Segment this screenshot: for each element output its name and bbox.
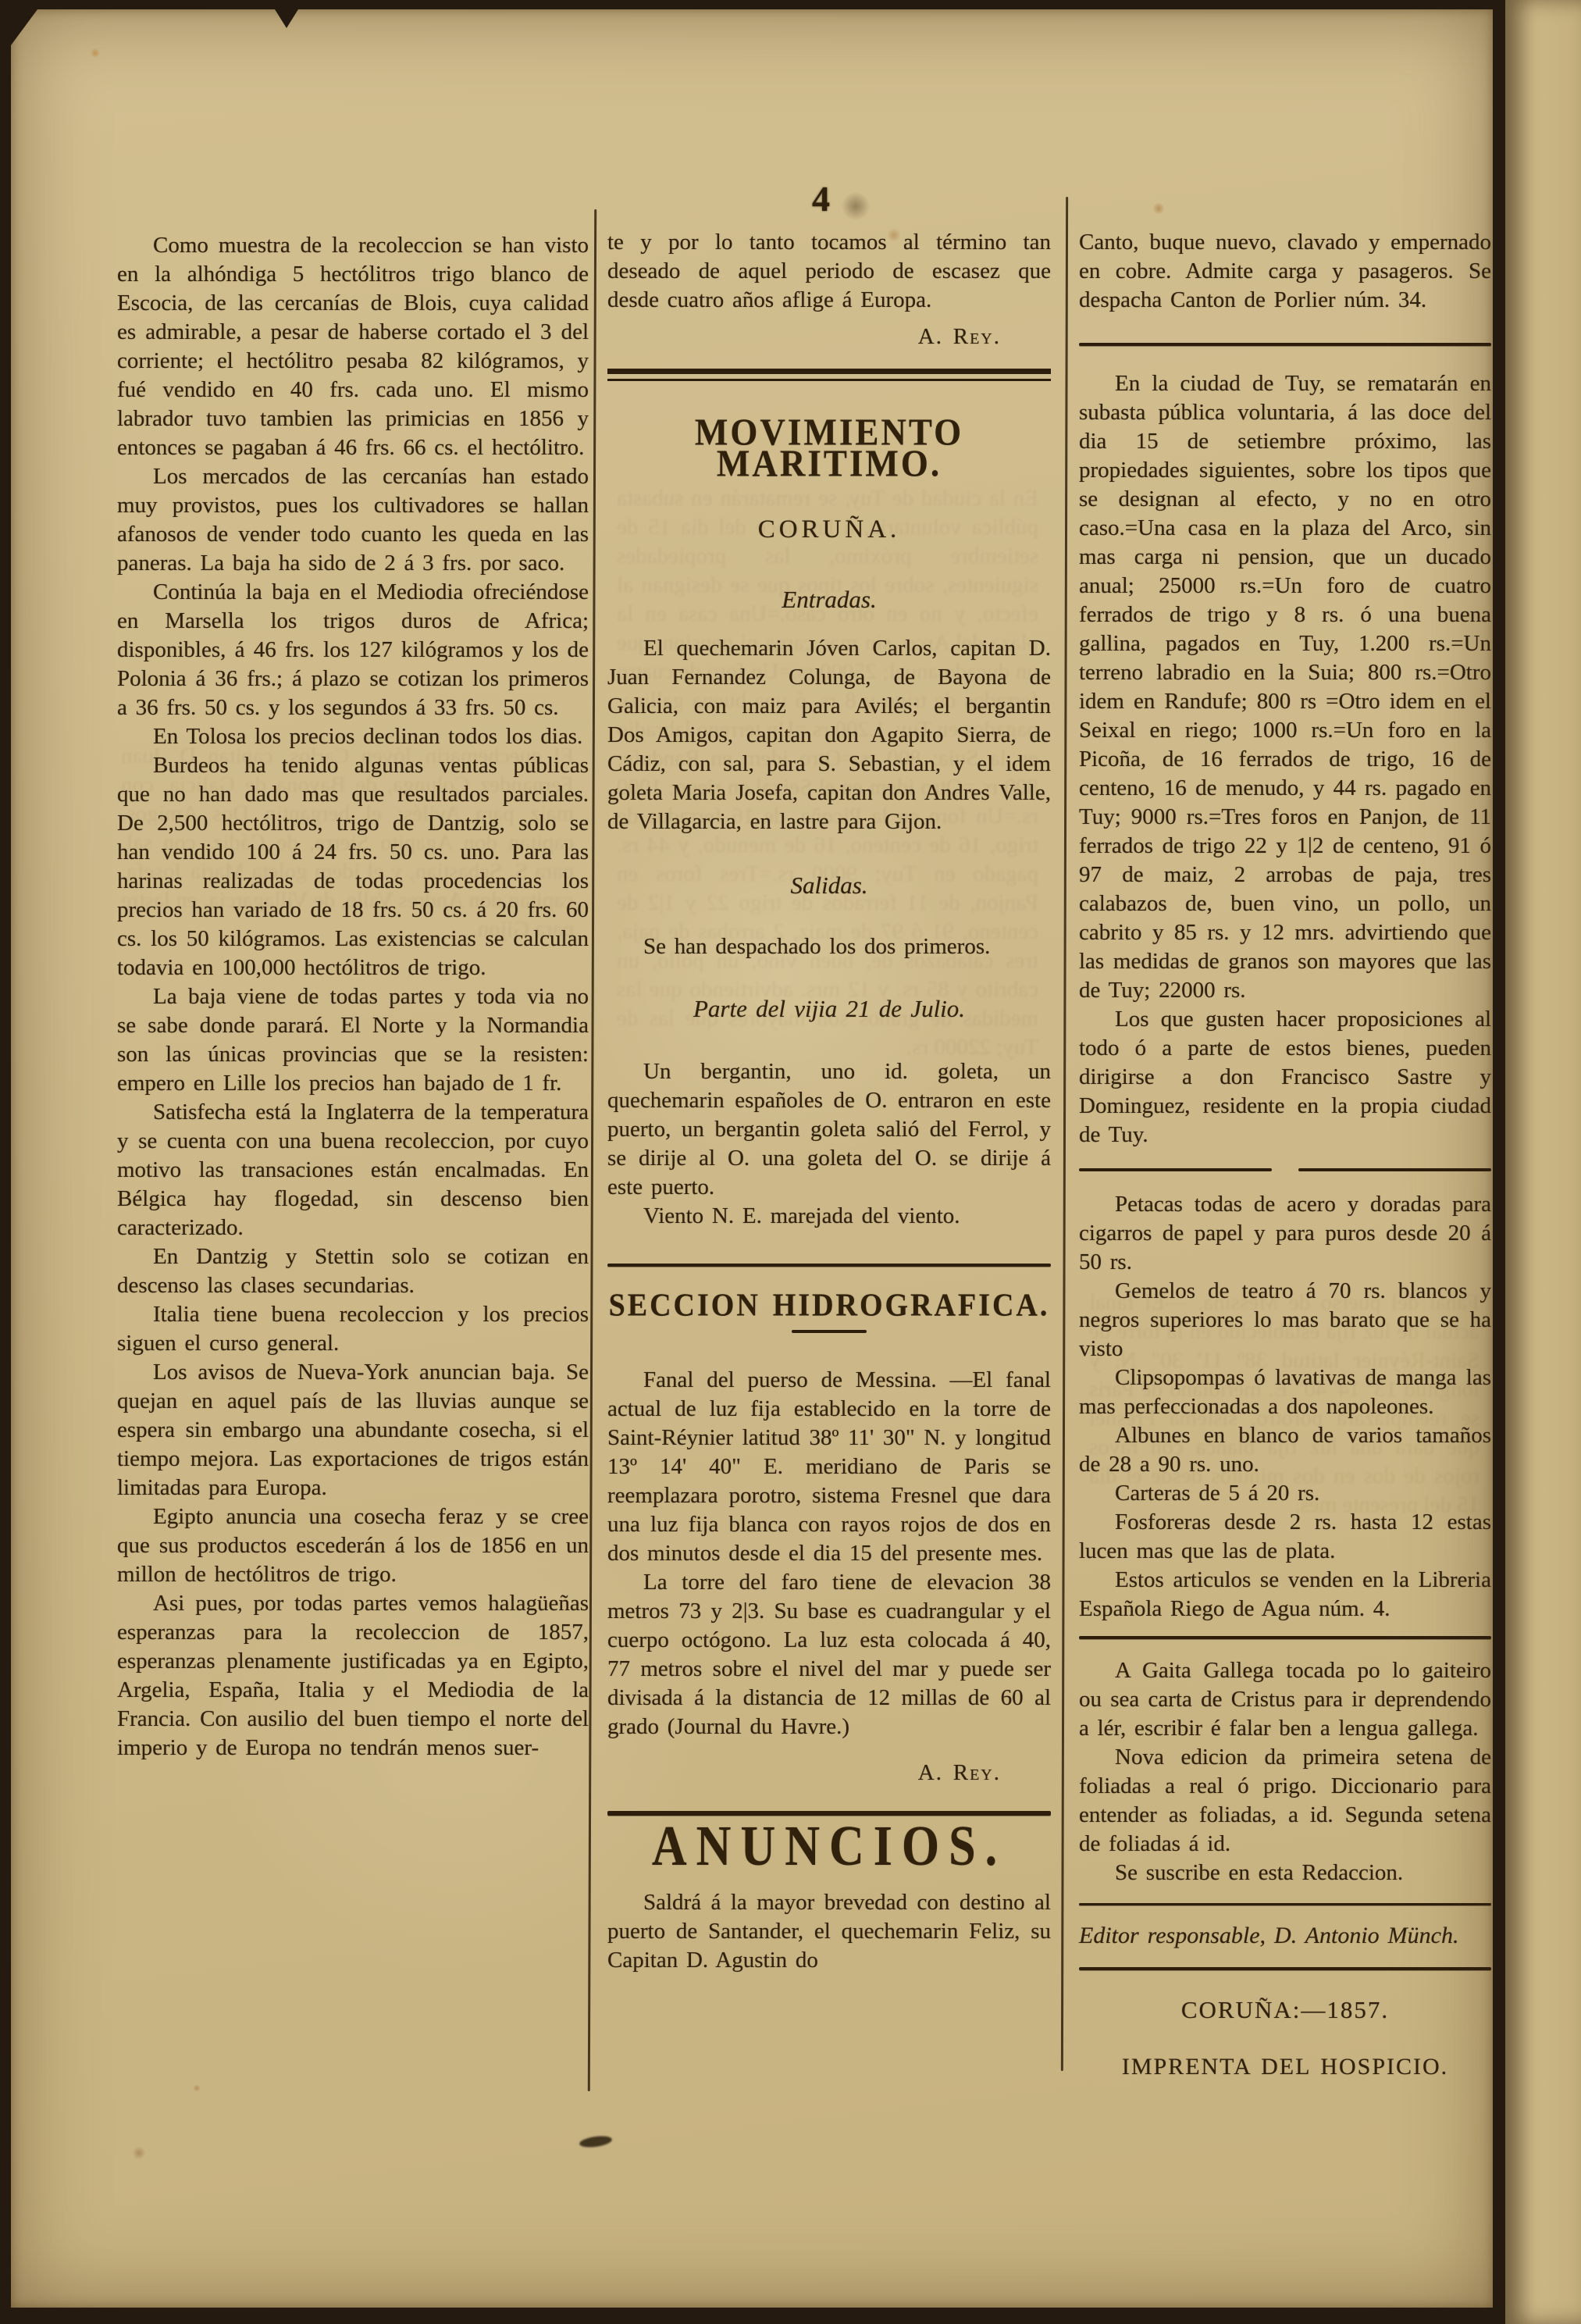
paragraph: Italia tiene buena recoleccion y los pre… (117, 1300, 589, 1358)
anuncio-paragraph: Saldrá á la mayor brevedad con destino a… (607, 1888, 1051, 1975)
page-number: 4 (812, 178, 830, 219)
heading-salidas: Salidas. (607, 871, 1051, 900)
column-2: te y por lo tanto tocamos al término tan… (607, 228, 1051, 1975)
paragraph: Satisfecha está la Inglaterra de la temp… (117, 1098, 589, 1242)
entradas-paragraph: El quechemarin Jóven Carlos, capitan D. … (607, 634, 1051, 836)
advert-item: Clipsopompas ó lavativas de manga las ma… (1079, 1363, 1491, 1421)
newspaper-scan-page: En la ciudad de Tuy, se rematarán en sub… (0, 0, 1581, 2324)
continuation-paragraph: te y por lo tanto tocamos al término tan… (607, 228, 1051, 315)
anuncio-canto-continuation: Canto, buque nuevo, clavado y empernado … (1079, 228, 1491, 315)
paragraph: En Dantzig y Stettin solo se cotizan en … (117, 1242, 589, 1300)
short-rule (792, 1330, 867, 1333)
viento-line: Viento N. E. marejada del viento. (607, 1202, 1051, 1231)
imprint-printer: IMPRENTA DEL HOSPICIO. (1079, 2052, 1491, 2081)
author-signature: A. Rey. (607, 323, 1051, 351)
heading-entradas: Entradas. (607, 585, 1051, 614)
adjacent-page-edge (1505, 0, 1581, 2324)
advert-item: Gemelos de teatro á 70 rs. blancos y neg… (1079, 1277, 1491, 1363)
anuncio-gaita-gallega: Se suscribe en esta Redaccion. (1079, 1859, 1491, 1887)
editor-credit: Editor responsable, D. Antonio Münch. (1079, 1921, 1491, 1950)
anuncio-gaita-gallega: Nova edicion da primeira setena de folia… (1079, 1743, 1491, 1859)
section-divider-rule (1079, 343, 1491, 346)
paragraph: Egipto anuncia una cosecha feraz y se cr… (117, 1502, 589, 1589)
author-signature: A. Rey. (607, 1759, 1051, 1788)
section-title-movimiento-maritimo: MOVIMIENTO MARITIMO. (607, 417, 1051, 479)
heading-parte-del-vijia: Parte del vijia 21 de Julio. (607, 994, 1051, 1023)
paragraph: Los mercados de las cercanías han estado… (117, 462, 589, 578)
paragraph: Burdeos ha tenido algunas ventas pública… (117, 751, 589, 982)
parte-paragraph: Un bergantin, uno id. goleta, un quechem… (607, 1057, 1051, 1202)
advert-item: Albunes en blanco de varios tamaños de 2… (1079, 1421, 1491, 1479)
column-3: Canto, buque nuevo, clavado y empernado … (1079, 228, 1491, 2081)
section-divider-rule (607, 1264, 1051, 1267)
paragraph: Continúa la baja en el Mediodia ofrecién… (117, 578, 589, 722)
paper-corner-chip (11, 9, 37, 45)
section-divider-rule (1079, 1636, 1491, 1639)
paragraph: En Tolosa los precios declinan todos los… (117, 722, 589, 751)
paragraph: Como muestra de la recoleccion se han vi… (117, 231, 589, 462)
advert-item: Carteras de 5 á 20 rs. (1079, 1479, 1491, 1508)
anuncio-gaita-gallega: A Gaita Gallega tocada po lo gaiteiro ou… (1079, 1656, 1491, 1743)
imprint-city-year: CORUÑA:—1857. (1079, 1995, 1491, 2024)
column-1: Como muestra de la recoleccion se han vi… (117, 231, 589, 1763)
advert-item: Petacas todas de acero y doradas para ci… (1079, 1190, 1491, 1277)
paper-tear-notch (275, 9, 298, 28)
footer-divider-rule (1079, 1967, 1491, 1970)
advert-item: Fosforeras desde 2 rs. hasta 12 estas lu… (1079, 1508, 1491, 1566)
section-title-seccion-hidrografica: SECCION HIDROGRAFICA. (607, 1290, 1051, 1321)
footer-divider-rule (1079, 1903, 1491, 1905)
section-divider-double-rule (607, 369, 1051, 381)
anuncio-subasta-tuy: En la ciudad de Tuy, se rematarán en sub… (1079, 369, 1491, 1005)
paragraph: La baja viene de todas partes y toda via… (117, 982, 589, 1098)
paragraph: Asi pues, por todas partes vemos halagüe… (117, 1589, 589, 1763)
advert-item: Estos articulos se venden en la Libreria… (1079, 1566, 1491, 1624)
hidrografica-paragraph: La torre del faro tiene de elevacion 38 … (607, 1568, 1051, 1741)
twin-short-rules (1079, 1168, 1491, 1171)
salidas-paragraph: Se han despachado los dos primeros. (607, 932, 1051, 961)
paragraph: Los avisos de Nueva-York anuncian baja. … (117, 1358, 589, 1502)
section-title-anuncios: ANUNCIOS. (607, 1830, 1051, 1864)
subsection-title-coruna: CORUÑA. (607, 515, 1051, 544)
hidrografica-paragraph: Fanal del puerso de Messina. —El fanal a… (607, 1366, 1051, 1568)
anuncio-subasta-tuy-contacto: Los que gusten hacer proposiciones al to… (1079, 1005, 1491, 1150)
